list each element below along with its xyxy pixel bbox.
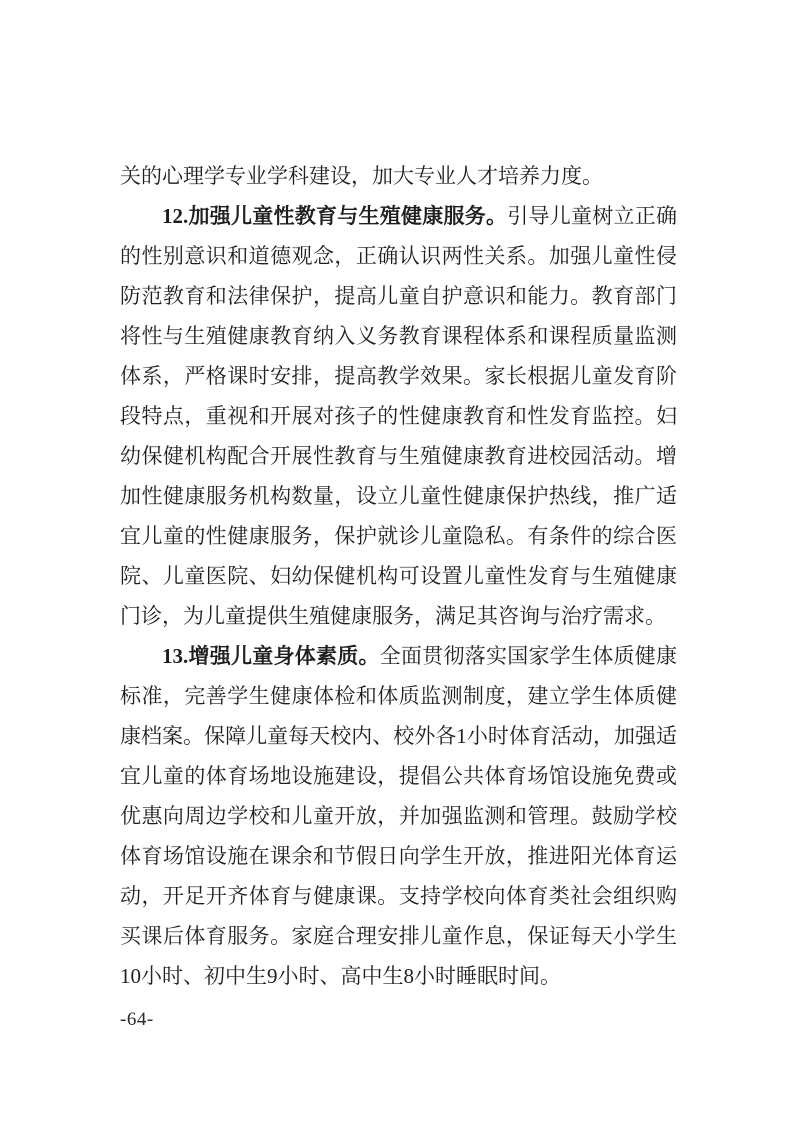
text-segment: 将性与生殖健康教育纳入义务教育课程体系和课程质量监测 bbox=[120, 324, 677, 348]
text-line: 优惠向周边学校和儿童开放，并加强监测和管理。鼓励学校 bbox=[120, 796, 677, 836]
text-segment: 全面贯彻落实国家学生体质健康 bbox=[380, 644, 677, 668]
page-number: -64- bbox=[120, 1006, 154, 1034]
text-segment: 加性健康服务机构数量，设立儿童性健康保护热线，推广适 bbox=[120, 484, 677, 508]
text-segment: 段特点，重视和开展对孩子的性健康教育和性发育监控。妇 bbox=[120, 404, 677, 428]
text-line: 标准，完善学生健康体检和体质监测制度，建立学生体质健 bbox=[120, 676, 677, 716]
text-line: 将性与生殖健康教育纳入义务教育课程体系和课程质量监测 bbox=[120, 316, 677, 356]
text-segment: 门诊，为儿童提供生殖健康服务，满足其咨询与治疗需求。 bbox=[120, 604, 666, 628]
text-segment: 标准，完善学生健康体检和体质监测制度，建立学生体质健 bbox=[120, 684, 677, 708]
text-segment: 宜儿童的体育场地设施建设，提倡公共体育场馆设施免费或 bbox=[120, 764, 677, 788]
text-segment: 体育场馆设施在课余和节假日向学生开放，推进阳光体育运 bbox=[120, 844, 677, 868]
text-segment: 防范教育和法律保护，提高儿童自护意识和能力。教育部门 bbox=[120, 284, 677, 308]
text-segment: 康档案。保障儿童每天校内、校外各1小时体育活动，加强适 bbox=[120, 724, 677, 748]
section-heading: 12.加强儿童性教育与生殖健康服务。 bbox=[162, 204, 507, 228]
text-line: 13.增强儿童身体素质。全面贯彻落实国家学生体质健康 bbox=[120, 636, 677, 676]
text-line: 10小时、初中生9小时、高中生8小时睡眠时间。 bbox=[120, 956, 677, 996]
text-line: 门诊，为儿童提供生殖健康服务，满足其咨询与治疗需求。 bbox=[120, 596, 677, 636]
text-line: 12.加强儿童性教育与生殖健康服务。引导儿童树立正确 bbox=[120, 196, 677, 236]
text-line: 段特点，重视和开展对孩子的性健康教育和性发育监控。妇 bbox=[120, 396, 677, 436]
text-line: 的性别意识和道德观念，正确认识两性关系。加强儿童性侵 bbox=[120, 236, 677, 276]
text-line: 防范教育和法律保护，提高儿童自护意识和能力。教育部门 bbox=[120, 276, 677, 316]
text-line: 幼保健机构配合开展性教育与生殖健康教育进校园活动。增 bbox=[120, 436, 677, 476]
text-line: 体育场馆设施在课余和节假日向学生开放，推进阳光体育运 bbox=[120, 836, 677, 876]
text-segment: 10小时、初中生9小时、高中生8小时睡眠时间。 bbox=[120, 964, 561, 988]
text-line: 加性健康服务机构数量，设立儿童性健康保护热线，推广适 bbox=[120, 476, 677, 516]
text-line: 宜儿童的体育场地设施建设，提倡公共体育场馆设施免费或 bbox=[120, 756, 677, 796]
text-line: 康档案。保障儿童每天校内、校外各1小时体育活动，加强适 bbox=[120, 716, 677, 756]
text-segment: 体系，严格课时安排，提高教学效果。家长根据儿童发育阶 bbox=[120, 364, 677, 388]
text-segment: 宜儿童的性健康服务，保护就诊儿童隐私。有条件的综合医 bbox=[120, 524, 677, 548]
text-line: 关的心理学专业学科建设，加大专业人才培养力度。 bbox=[120, 156, 677, 196]
text-segment: 的性别意识和道德观念，正确认识两性关系。加强儿童性侵 bbox=[120, 244, 677, 268]
text-line: 动，开足开齐体育与健康课。支持学校向体育类社会组织购 bbox=[120, 876, 677, 916]
text-line: 宜儿童的性健康服务，保护就诊儿童隐私。有条件的综合医 bbox=[120, 516, 677, 556]
text-segment: 院、儿童医院、妇幼保健机构可设置儿童性发育与生殖健康 bbox=[120, 564, 677, 588]
text-line: 院、儿童医院、妇幼保健机构可设置儿童性发育与生殖健康 bbox=[120, 556, 677, 596]
text-segment: 买课后体育服务。家庭合理安排儿童作息，保证每天小学生 bbox=[120, 924, 677, 948]
document-body: 关的心理学专业学科建设，加大专业人才培养力度。12.加强儿童性教育与生殖健康服务… bbox=[120, 156, 677, 996]
text-segment: 动，开足开齐体育与健康课。支持学校向体育类社会组织购 bbox=[120, 884, 677, 908]
text-segment: 优惠向周边学校和儿童开放，并加强监测和管理。鼓励学校 bbox=[120, 804, 677, 828]
text-line: 体系，严格课时安排，提高教学效果。家长根据儿童发育阶 bbox=[120, 356, 677, 396]
text-segment: 幼保健机构配合开展性教育与生殖健康教育进校园活动。增 bbox=[120, 444, 677, 468]
text-segment: 关的心理学专业学科建设，加大专业人才培养力度。 bbox=[120, 164, 603, 188]
text-line: 买课后体育服务。家庭合理安排儿童作息，保证每天小学生 bbox=[120, 916, 677, 956]
document-page: 关的心理学专业学科建设，加大专业人才培养力度。12.加强儿童性教育与生殖健康服务… bbox=[0, 0, 793, 1122]
section-heading: 13.增强儿童身体素质。 bbox=[162, 644, 380, 668]
text-segment: 引导儿童树立正确 bbox=[507, 204, 677, 228]
